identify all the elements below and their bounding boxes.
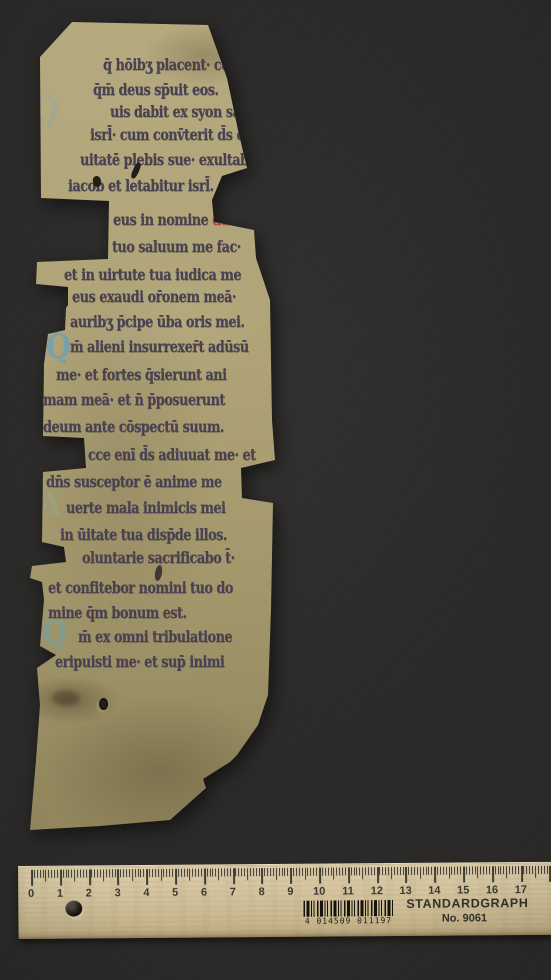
ruler-tick (411, 867, 412, 875)
ruler-tick (212, 868, 213, 876)
parchment-hole (99, 698, 108, 710)
ruler-tick (296, 868, 297, 876)
ruler-tick (538, 866, 539, 874)
ruler-tick (431, 867, 432, 875)
manuscript-line: mine q̄m bonum est. (48, 602, 186, 624)
ruler-cm-number: 17 (515, 884, 527, 896)
ink-text: tuo saluum me fac· (112, 237, 241, 256)
ruler-tick (348, 867, 350, 883)
ruler-tick (103, 869, 104, 881)
manuscript-line: me· et fortes q̄sierunt ani (56, 364, 227, 386)
ruler-tick (31, 870, 33, 886)
ruler-tick (230, 868, 231, 876)
manuscript-line: et in uirtute tua iudica me (64, 264, 241, 286)
ruler: 01234567891011121314151617 4 014509 0111… (18, 862, 551, 939)
ruler-tick (382, 867, 383, 875)
ruler-tick (279, 868, 280, 876)
ruler-tick (63, 870, 64, 878)
ruler-brand: STANDARDGRAPH (406, 896, 522, 911)
ruler-tick (71, 870, 72, 878)
ruler-tick (187, 869, 188, 877)
ruler-tick (112, 869, 113, 877)
ruler-cm-number: 10 (313, 886, 325, 898)
ruler-tick (535, 866, 536, 878)
ruler-tick (276, 868, 277, 880)
ruler-tick (434, 867, 436, 883)
ruler-tick (509, 866, 510, 874)
ruler-tick (500, 866, 501, 874)
ruler-tick (368, 867, 369, 875)
manuscript-line: deum ante cōspectū suum. (43, 416, 224, 438)
manuscript-line: et confitebor nomini tuo do (48, 577, 233, 599)
ruler-tick (498, 866, 499, 874)
ruler-tick (532, 866, 533, 874)
ruler-tick (503, 866, 504, 874)
ruler-tick (331, 868, 332, 876)
ruler-tick (117, 869, 119, 885)
ruler-tick (345, 867, 346, 875)
ruler-cm-number: 4 (143, 887, 149, 899)
ruler-tick (189, 869, 190, 881)
ruler-tick (253, 868, 254, 876)
manuscript-line: eus in nomine dd (113, 209, 229, 231)
manuscript-line: auribʒ p̄cipe ūba oris mei. (70, 311, 244, 333)
ruler-tick (394, 867, 395, 875)
manuscript-fragment: q̄ hōibʒ placent· confusiq̄m̄ deus sp̄ui… (0, 0, 551, 980)
ink-text: eripuisti me· et sup̄ inimi (55, 652, 224, 671)
ruler-tick (282, 868, 283, 876)
ruler-tick (483, 866, 484, 874)
ruler-tick (310, 868, 311, 876)
ruler-tick (307, 868, 308, 876)
barcode-digits: 4 014509 011197 (303, 916, 393, 926)
ruler-tick (60, 870, 62, 886)
ruler-tick (259, 868, 260, 876)
ruler-tick (420, 867, 421, 879)
ruler-tick (351, 867, 352, 875)
manuscript-line: uerte mala inimicis mei (66, 497, 225, 519)
ink-text: mam meā· et n̄ p̄posuerunt (43, 390, 225, 409)
ruler-tick (449, 867, 450, 879)
ruler-tick (224, 868, 225, 876)
ruler-tick (256, 868, 257, 876)
ruler-tick (54, 870, 55, 878)
ink-text: uerte mala inimicis mei (66, 498, 225, 517)
ruler-tick (365, 867, 366, 875)
ruler-tick (152, 869, 153, 877)
ruler-tick (374, 867, 375, 875)
ruler-tick (161, 869, 162, 881)
ruler-tick (184, 869, 185, 877)
ruler-tick (89, 869, 91, 885)
ruler-tick (299, 868, 300, 876)
ruler-tick (477, 866, 478, 878)
ruler-tick (388, 867, 389, 875)
ruler-tick (57, 870, 58, 878)
ruler-tick (526, 866, 527, 874)
parchment: q̄ hōibʒ placent· confusiq̄m̄ deus sp̄ui… (0, 0, 551, 980)
manuscript-line: eus exaudi or̄onem meā· (72, 286, 236, 308)
ink-text: in ūitate tua disp̄de illos. (60, 525, 227, 544)
ruler-cm-number: 7 (230, 886, 236, 898)
ruler-tick (91, 869, 92, 877)
ruler-tick (354, 867, 355, 875)
ruler-tick (149, 869, 150, 877)
manuscript-line: m̄ alieni insurrexer̄t adūsū (70, 336, 249, 358)
ruler-tick (233, 868, 235, 884)
ruler-tick (544, 866, 545, 874)
ruler-tick (235, 868, 236, 876)
ruler-tick (109, 869, 110, 877)
ruler-tick (166, 869, 167, 877)
ink-text: eus exaudi or̄onem meā· (72, 287, 236, 306)
ruler-tick (140, 869, 141, 877)
ruler-tick (437, 867, 438, 875)
ruler-tick (547, 866, 548, 874)
ruler-cm-number: 11 (342, 885, 354, 897)
ruler-tick (506, 866, 507, 878)
ruler-tick (68, 870, 69, 878)
manuscript-line: isrl̄· cum conv̄terit d̄s capti (90, 124, 270, 146)
manuscript-line: oluntarie sacrificabo t̄· (82, 547, 235, 569)
ruler-tick (195, 869, 196, 877)
ruler-tick (201, 869, 202, 877)
ruler-tick (495, 866, 496, 874)
ruler-tick (267, 868, 268, 876)
ink-text: isrl̄· cum conv̄terit d̄s capti (90, 125, 270, 144)
ruler-cm-number: 16 (486, 884, 498, 896)
ruler-tick (400, 867, 401, 875)
ruler-tick (316, 868, 317, 876)
ruler-tick (466, 866, 467, 874)
ruler-cm-number: 12 (371, 885, 383, 897)
ink-text: m̄ ex omni tribulatione (78, 627, 232, 646)
ink-text: mine q̄m bonum est. (48, 603, 186, 622)
ruler-cm-number: 13 (399, 885, 411, 897)
ruler-tick (379, 867, 380, 875)
ruler-tick (83, 869, 84, 877)
ink-text: cce enī d̄s adiuuat me· et (88, 445, 256, 464)
ruler-tick (135, 869, 136, 877)
manuscript-line: m̄ ex omni tribulatione (78, 626, 232, 648)
ruler-tick (440, 867, 441, 875)
ink-text: et confitebor nomini tuo do (48, 578, 233, 597)
ruler-tick (403, 867, 404, 875)
ruler-tick (480, 866, 481, 874)
ruler-tick (155, 869, 156, 877)
ruler-tick (475, 866, 476, 874)
manuscript-line: mam meā· et n̄ p̄posuerunt (43, 389, 225, 411)
ruler-tick (100, 869, 101, 877)
ruler-tick (250, 868, 251, 876)
ruler-tick (428, 867, 429, 875)
manuscript-line: eripuisti me· et sup̄ inimi (55, 651, 224, 673)
ruler-tick (426, 867, 427, 875)
ruler-tick (48, 870, 49, 878)
ruler-tick (284, 868, 285, 876)
ruler-tick (529, 866, 530, 874)
ruler-model: No. 9061 (406, 912, 522, 925)
ruler-tick (94, 869, 95, 877)
ruler-tick (319, 868, 321, 884)
ruler-tick (512, 866, 513, 874)
ruler-tick (423, 867, 424, 875)
illuminated-initial: Q (33, 92, 60, 128)
ruler-tick (244, 868, 245, 876)
ruler-tick (322, 868, 323, 876)
ruler-tick (454, 867, 455, 875)
ruler-tick (270, 868, 271, 876)
ruler-tick (34, 870, 35, 878)
ruler-tick (359, 867, 360, 875)
ruler-tick (293, 868, 294, 876)
ruler-tick (523, 866, 524, 874)
ruler-tick (207, 869, 208, 877)
ruler-tick (77, 870, 78, 878)
ruler-tick (120, 869, 121, 877)
ruler-tick (158, 869, 159, 877)
ruler-tick (339, 867, 340, 875)
ruler-tick (313, 868, 314, 876)
ruler-tick (457, 867, 458, 875)
ruler-tick (74, 870, 75, 882)
ruler-tick (391, 867, 392, 879)
ruler-tick (273, 868, 274, 876)
manuscript-line: q̄m̄ deus sp̄uit eos. (93, 79, 218, 101)
ruler-tick (325, 868, 326, 876)
ruler-tick (405, 867, 407, 883)
ink-text: q̄m̄ deus sp̄uit eos. (93, 80, 218, 99)
ruler-tick (356, 867, 357, 875)
ink-text: m̄ alieni insurrexer̄t adūsū (70, 337, 249, 356)
ruler-tick (218, 868, 219, 880)
ruler-tick (451, 867, 452, 875)
ruler-tick (40, 870, 41, 878)
manuscript-line: uitatē plebis sue· exultabi (80, 149, 253, 171)
ruler-tick (241, 868, 242, 876)
ruler-cm-number: 6 (201, 887, 207, 899)
ruler-cm-number: 3 (114, 887, 120, 899)
ruler-tick (469, 866, 470, 874)
ruler-tick (198, 869, 199, 877)
ruler-tick (408, 867, 409, 875)
rubric-text: dd (212, 210, 229, 229)
ruler-tick (51, 870, 52, 878)
ruler-tick (446, 867, 447, 875)
ruler-tick (227, 868, 228, 876)
ruler-tick (336, 867, 337, 875)
photo-canvas: q̄ hōibʒ placent· confusiq̄m̄ deus sp̄ui… (0, 0, 551, 980)
ink-text: q̄ hōibʒ placent· confusi (103, 55, 263, 74)
parchment-stain (52, 690, 80, 706)
ruler-tick (333, 868, 334, 880)
ruler-tick (146, 869, 148, 885)
illuminated-initial: A (40, 488, 61, 520)
manuscript-line: dn̄s susceptor ē anime me (46, 471, 222, 493)
ink-text: dn̄s susceptor ē anime me (46, 472, 222, 491)
ruler-tick (486, 866, 487, 874)
ruler-tick (181, 869, 182, 877)
ruler-tick (521, 866, 523, 882)
ruler-cm-number: 2 (86, 887, 92, 899)
ruler-tick (460, 867, 461, 875)
ruler-tick (264, 868, 265, 876)
ruler-tick (115, 869, 116, 877)
ruler-tick (204, 869, 206, 885)
ruler-tick (385, 867, 386, 875)
illuminated-initial: Q (42, 616, 67, 650)
ruler-tick (138, 869, 139, 877)
ruler-tick (66, 870, 67, 878)
ruler-tick (518, 866, 519, 874)
ruler-tick (37, 870, 38, 878)
ruler-tick (175, 869, 177, 885)
ruler-tick (178, 869, 179, 877)
ink-text: uis dabit ex syon salutare (110, 102, 281, 121)
ruler-tick (86, 869, 87, 877)
ruler-tick (238, 868, 239, 876)
ruler-tick (305, 868, 306, 880)
ruler-tick (328, 868, 329, 876)
ruler-tick (472, 866, 473, 874)
ink-text: deum ante cōspectū suum. (43, 417, 224, 436)
ruler-tick (290, 868, 292, 884)
illuminated-initial: Q (46, 330, 71, 364)
ruler-tick (443, 867, 444, 875)
ruler-tick (215, 868, 216, 876)
ruler-tick (221, 868, 222, 876)
manuscript-line: uis dabit ex syon salutare (110, 101, 281, 123)
manuscript-line: cce enī d̄s adiuuat me· et (88, 444, 256, 466)
ruler-tick (463, 866, 465, 882)
ruler-tick (247, 868, 248, 880)
ruler-tick (106, 869, 107, 877)
ruler-tick (163, 869, 164, 877)
ruler-tick (97, 869, 98, 877)
ruler-tick (169, 869, 170, 877)
ink-text: uitatē plebis sue· exultabi (80, 150, 253, 169)
ruler-tick (362, 867, 363, 879)
ruler-tick (261, 868, 263, 884)
ruler-tick (80, 870, 81, 878)
ruler-cm-number: 0 (28, 888, 34, 900)
manuscript-line: iacob et letabitur isrl̄. (68, 175, 213, 197)
ruler-tick (132, 869, 133, 881)
ruler-tick (397, 867, 398, 875)
ruler-tick (489, 866, 490, 874)
ruler-tick (129, 869, 130, 877)
ink-text: auribʒ p̄cipe ūba oris mei. (70, 312, 244, 331)
ruler-tick (126, 869, 127, 877)
ruler-tick (377, 867, 379, 883)
ruler-tick (371, 867, 372, 875)
ink-text: iacob et letabitur isrl̄. (68, 176, 213, 195)
ruler-tick (342, 867, 343, 875)
ruler-tick (492, 866, 494, 882)
ruler-tick (123, 869, 124, 877)
ruler-tick (541, 866, 542, 874)
ruler-tick (302, 868, 303, 876)
manuscript-line: tuo saluum me fac· (112, 236, 241, 258)
ruler-tick (143, 869, 144, 877)
ruler-tick (43, 870, 44, 878)
ruler-tick (172, 869, 173, 877)
ruler-tick (287, 868, 288, 876)
ink-text: me· et fortes q̄sierunt ani (56, 365, 227, 384)
barcode: 4 014509 011197 (303, 900, 393, 926)
manuscript-line: q̄ hōibʒ placent· confusi (103, 54, 263, 76)
manuscript-line: in ūitate tua disp̄de illos. (60, 524, 227, 546)
ruler-tick (210, 868, 211, 876)
ruler-cm-number: 1 (57, 888, 63, 900)
barcode-bars (303, 900, 393, 917)
ruler-tick (45, 870, 46, 882)
ruler-hole (65, 900, 82, 916)
ruler-tick (515, 866, 516, 874)
ruler-cm-number: 15 (457, 884, 469, 896)
ruler-cm-number: 9 (287, 886, 293, 898)
ruler-tick (192, 869, 193, 877)
ruler-cm-number: 14 (428, 885, 440, 897)
ink-text: eus in nomine (113, 210, 212, 229)
ruler-tick (417, 867, 418, 875)
ink-text: oluntarie sacrificabo t̄· (82, 548, 235, 567)
ruler-cm-number: 5 (172, 887, 178, 899)
ruler-cm-number: 8 (258, 886, 264, 898)
ink-text: et in uirtute tua iudica me (64, 265, 241, 284)
ruler-tick (414, 867, 415, 875)
